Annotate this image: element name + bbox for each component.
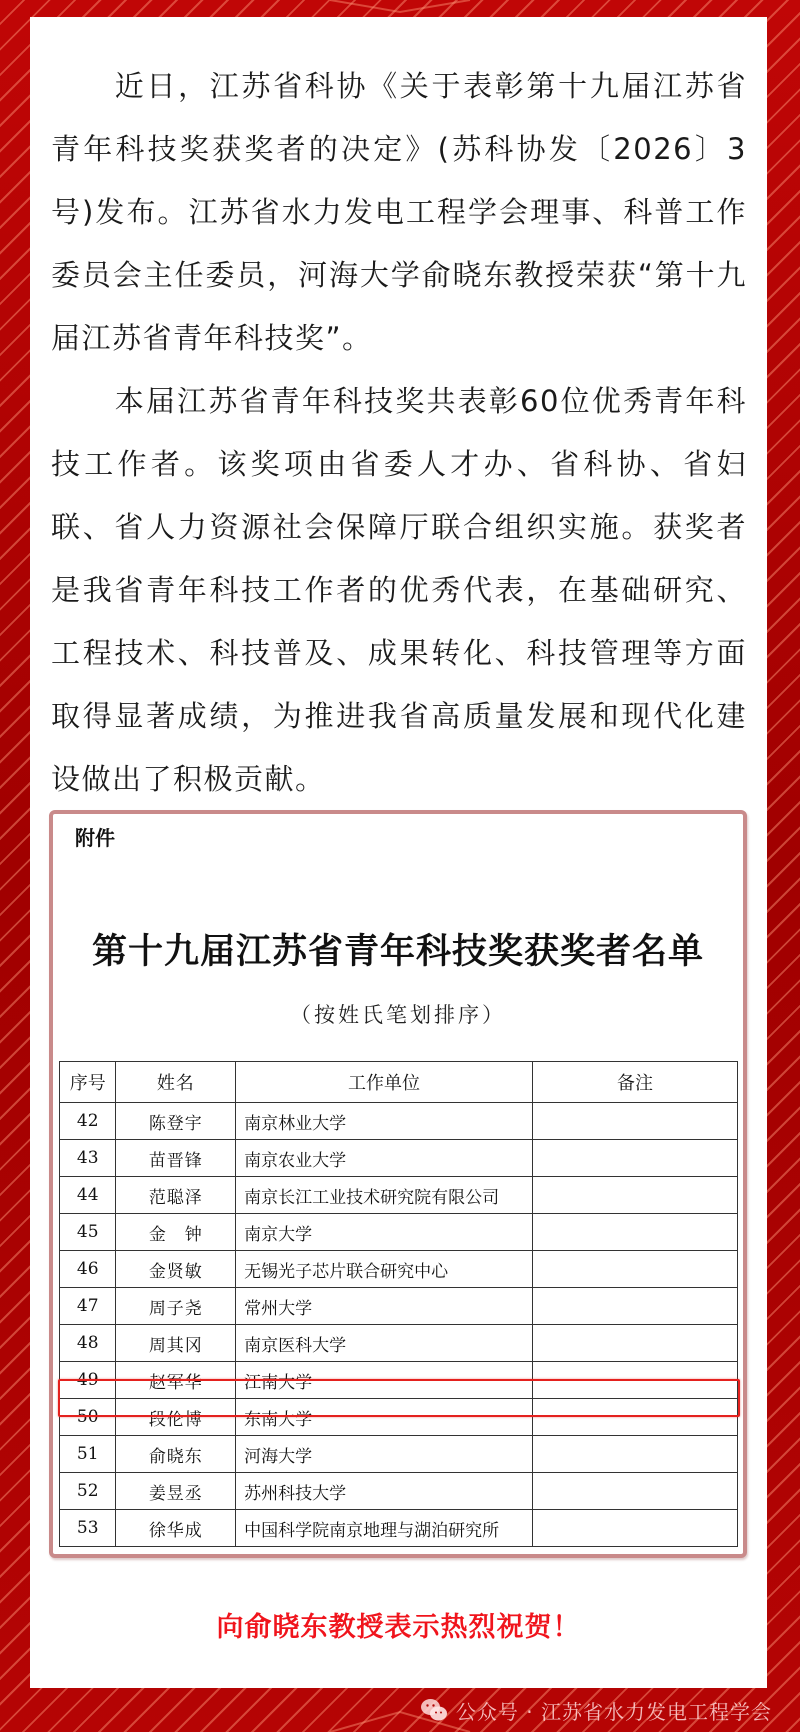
row-unit: 南京长江工业技术研究院有限公司 <box>236 1177 533 1214</box>
column-header-number: 序号 <box>60 1062 116 1103</box>
winner-table: 序号 姓名 工作单位 备注 42 陈登宇 南京林业大学 43 苗晋锋 南京农业大… <box>59 1061 738 1547</box>
row-unit: 河海大学 <box>236 1436 533 1473</box>
award-list-document-image: 附件 第十九届江苏省青年科技奖获奖者名单 （按姓氏笔划排序） 序号 姓名 工作单… <box>49 810 747 1558</box>
row-unit: 南京农业大学 <box>236 1140 533 1177</box>
table-row: 53 徐华成 中国科学院南京地理与湖泊研究所 <box>60 1510 738 1547</box>
highlight-box <box>58 1379 740 1417</box>
row-unit: 南京医科大学 <box>236 1325 533 1362</box>
row-note <box>532 1473 737 1510</box>
table-row: 45 金 钟 南京大学 <box>60 1214 738 1251</box>
row-name: 周其冈 <box>116 1325 236 1362</box>
table-row: 52 姜昱丞 苏州科技大学 <box>60 1473 738 1510</box>
row-note <box>532 1288 737 1325</box>
row-note <box>532 1103 737 1140</box>
content-card: 近日，江苏省科协《关于表彰第十九届江苏省青年科技奖获奖者的决定》(苏科协发〔20… <box>30 17 767 1688</box>
article-body: 近日，江苏省科协《关于表彰第十九届江苏省青年科技奖获奖者的决定》(苏科协发〔20… <box>51 55 747 811</box>
row-name: 陈登宇 <box>116 1103 236 1140</box>
row-number: 48 <box>60 1325 116 1362</box>
table-row: 42 陈登宇 南京林业大学 <box>60 1103 738 1140</box>
row-unit: 南京林业大学 <box>236 1103 533 1140</box>
row-number: 53 <box>60 1510 116 1547</box>
wechat-icon <box>420 1698 448 1722</box>
row-number: 43 <box>60 1140 116 1177</box>
table-row: 43 苗晋锋 南京农业大学 <box>60 1140 738 1177</box>
document-subtitle: （按姓氏笔划排序） <box>53 999 743 1029</box>
row-number: 52 <box>60 1473 116 1510</box>
row-number: 51 <box>60 1436 116 1473</box>
table-row: 48 周其冈 南京医科大学 <box>60 1325 738 1362</box>
document-title: 第十九届江苏省青年科技奖获奖者名单 <box>53 924 743 974</box>
column-header-name: 姓名 <box>116 1062 236 1103</box>
row-unit: 中国科学院南京地理与湖泊研究所 <box>236 1510 533 1547</box>
row-name: 金贤敏 <box>116 1251 236 1288</box>
wechat-watermark: 公众号 · 江苏省水力发电工程学会 <box>420 1688 772 1732</box>
row-number: 47 <box>60 1288 116 1325</box>
article-paragraph-2: 本届江苏省青年科技奖共表彰60位优秀青年科技工作者。该奖项由省委人才办、省科协、… <box>51 370 747 811</box>
row-note <box>532 1214 737 1251</box>
row-number: 45 <box>60 1214 116 1251</box>
row-name: 苗晋锋 <box>116 1140 236 1177</box>
row-unit: 常州大学 <box>236 1288 533 1325</box>
row-name: 俞晓东 <box>116 1436 236 1473</box>
row-name: 范聪泽 <box>116 1177 236 1214</box>
row-note <box>532 1325 737 1362</box>
watermark-text: 公众号 · 江苏省水力发电工程学会 <box>456 1696 772 1725</box>
column-header-note: 备注 <box>532 1062 737 1103</box>
table-row-highlighted: 51 俞晓东 河海大学 <box>60 1436 738 1473</box>
article-paragraph-1: 近日，江苏省科协《关于表彰第十九届江苏省青年科技奖获奖者的决定》(苏科协发〔20… <box>51 55 747 370</box>
table-header-row: 序号 姓名 工作单位 备注 <box>60 1062 738 1103</box>
row-number: 46 <box>60 1251 116 1288</box>
table-row: 46 金贤敏 无锡光子芯片联合研究中心 <box>60 1251 738 1288</box>
table-row: 44 范聪泽 南京长江工业技术研究院有限公司 <box>60 1177 738 1214</box>
row-name: 金 钟 <box>116 1214 236 1251</box>
row-unit: 南京大学 <box>236 1214 533 1251</box>
row-number: 42 <box>60 1103 116 1140</box>
row-note <box>532 1510 737 1547</box>
attachment-label: 附件 <box>75 822 115 851</box>
table-row: 47 周子尧 常州大学 <box>60 1288 738 1325</box>
row-number: 44 <box>60 1177 116 1214</box>
column-header-unit: 工作单位 <box>236 1062 533 1103</box>
row-name: 徐华成 <box>116 1510 236 1547</box>
row-unit: 苏州科技大学 <box>236 1473 533 1510</box>
row-note <box>532 1251 737 1288</box>
congratulations-message: 向俞晓东教授表示热烈祝贺！ <box>30 1605 767 1644</box>
row-unit: 无锡光子芯片联合研究中心 <box>236 1251 533 1288</box>
row-name: 姜昱丞 <box>116 1473 236 1510</box>
row-note <box>532 1177 737 1214</box>
row-note <box>532 1140 737 1177</box>
row-name: 周子尧 <box>116 1288 236 1325</box>
row-note <box>532 1436 737 1473</box>
